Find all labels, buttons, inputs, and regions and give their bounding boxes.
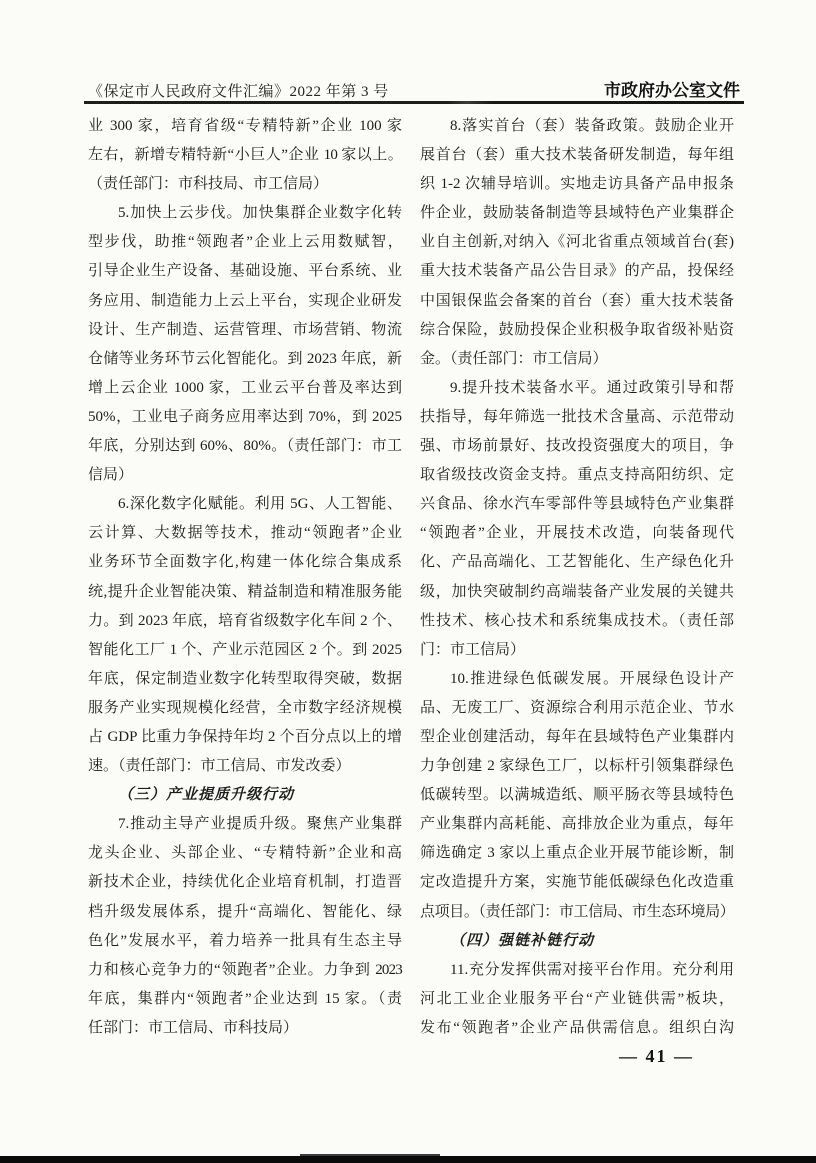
text-line: 占 GDP 比重力争保持年均 2 个百分点以上的增: [88, 723, 402, 752]
text-line: 8.落实首台（套）装备政策。鼓励企业开: [420, 112, 734, 141]
page-header: 《保定市人民政府文件汇编》2022 年第 3 号 市政府办公室文件: [88, 76, 740, 101]
text-line: 业 300 家，培育省级“专精特新”企业 100 家: [88, 112, 402, 141]
text-line: 信局）: [88, 461, 402, 490]
text-line: 任部门：市工信局、市科技局）: [88, 1014, 402, 1043]
text-line: 力和核心竞争力的“领跑者”企业。力争到 2023: [88, 956, 402, 985]
text-line: 级，加快突破制约高端装备产业发展的关键共: [420, 578, 734, 607]
text-line: 业务环节全面数字化,构建一体化综合集成系: [88, 548, 402, 577]
header-publication-title: 《保定市人民政府文件汇编》2022 年第 3 号: [88, 80, 389, 101]
text-line: 兴食品、徐水汽车零部件等县域特色产业集群: [420, 490, 734, 519]
text-line: 型步伐，助推“领跑者”企业上云用数赋智，: [88, 228, 402, 257]
section-heading-line: （三）产业提质升级行动: [88, 781, 402, 810]
text-line: 展首台（套）重大技术装备研发制造，每年组: [420, 141, 734, 170]
left-column: 业 300 家，培育省级“专精特新”企业 100 家左右，新增专精特新“小巨人”…: [88, 112, 402, 1043]
scan-artifact-bottom: [0, 1156, 816, 1163]
text-line: 增上云企业 1000 家，工业云平台普及率达到: [88, 374, 402, 403]
text-line: 年底，集群内“领跑者”企业达到 15 家。（责: [88, 985, 402, 1014]
text-line: 龙头企业、头部企业、“专精特新”企业和高: [88, 839, 402, 868]
text-line: 中国银保监会备案的首台（套）重大技术装备: [420, 287, 734, 316]
header-divider-rule: [84, 101, 744, 104]
text-line: 河北工业企业服务平台“产业链供需”板块，: [420, 985, 734, 1014]
text-line: 仓储等业务环节云化智能化。到 2023 年底，新: [88, 345, 402, 374]
text-line: 金。（责任部门：市工信局）: [420, 345, 734, 374]
text-line: 云计算、大数据等技术，推动“领跑者”企业: [88, 519, 402, 548]
text-line: 7.推动主导产业提质升级。聚焦产业集群: [88, 810, 402, 839]
text-line: 综合保险，鼓励投保企业积极争取省级补贴资: [420, 316, 734, 345]
text-line: 年底，保定制造业数字化转型取得突破，数据: [88, 665, 402, 694]
text-line: 化、产品高端化、工艺智能化、生产绿色化升: [420, 548, 734, 577]
document-page: 《保定市人民政府文件汇编》2022 年第 3 号 市政府办公室文件 业 300 …: [0, 0, 816, 1163]
text-line: 取省级技改资金支持。重点支持高阳纺织、定: [420, 461, 734, 490]
text-line: 型企业创建活动，每年在县域特色产业集群内: [420, 723, 734, 752]
text-line: 力。到 2023 年底，培育省级数字化车间 2 个、: [88, 607, 402, 636]
text-line: 色化”发展水平，着力培养一批具有生态主导: [88, 927, 402, 956]
text-line: 设计、生产制造、运营管理、市场营销、物流: [88, 316, 402, 345]
text-line: 智能化工厂 1 个、产业示范园区 2 个。到 2025: [88, 636, 402, 665]
text-line: 产业集群内高耗能、高排放企业为重点，每年: [420, 810, 734, 839]
text-line: 发布“领跑者”企业产品供需信息。组织白沟: [420, 1014, 734, 1043]
text-line: 低碳转型。以满城造纸、顺平肠衣等县域特色: [420, 781, 734, 810]
text-line: 新技术企业，持续优化企业培育机制，打造晋: [88, 868, 402, 897]
text-line: 50%，工业电子商务应用率达到 70%，到 2025: [88, 403, 402, 432]
text-line: 服务产业实现规模化经营，全市数字经济规模: [88, 694, 402, 723]
text-line: “领跑者”企业，开展技术改造，向装备现代: [420, 519, 734, 548]
text-line: 11.充分发挥供需对接平台作用。充分利用: [420, 956, 734, 985]
body-columns: 业 300 家，培育省级“专精特新”企业 100 家左右，新增专精特新“小巨人”…: [88, 112, 734, 1043]
text-line: 左右，新增专精特新“小巨人”企业 10 家以上。: [88, 141, 402, 170]
text-line: 品、无废工厂、资源综合利用示范企业、节水: [420, 694, 734, 723]
text-line: 点项目。（责任部门：市工信局、市生态环境局）: [420, 898, 734, 927]
text-line: （责任部门：市科技局、市工信局）: [88, 170, 402, 199]
text-line: 件企业，鼓励装备制造等县域特色产业集群企: [420, 199, 734, 228]
header-document-category: 市政府办公室文件: [604, 76, 740, 101]
text-line: 6.深化数字化赋能。利用 5G、人工智能、: [88, 490, 402, 519]
text-line: 5.加快上云步伐。加快集群企业数字化转: [88, 199, 402, 228]
text-line: 定改造提升方案，实施节能低碳绿色化改造重: [420, 868, 734, 897]
text-line: 力争创建 2 家绿色工厂，以标杆引领集群绿色: [420, 752, 734, 781]
page-number: — 41 —: [619, 1046, 694, 1067]
section-heading-line: （四）强链补链行动: [420, 927, 734, 956]
text-line: 强、市场前景好、技改投资强度大的项目，争: [420, 432, 734, 461]
text-line: 年底，分别达到 60%、80%。（责任部门：市工: [88, 432, 402, 461]
text-line: 统,提升企业智能决策、精益制造和精准服务能: [88, 578, 402, 607]
text-line: 性技术、核心技术和系统集成技术。（责任部: [420, 607, 734, 636]
text-line: 10.推进绿色低碳发展。开展绿色设计产: [420, 665, 734, 694]
text-line: 务应用、制造能力上云上平台，实现企业研发: [88, 287, 402, 316]
text-line: 档升级发展体系，提升“高端化、智能化、绿: [88, 898, 402, 927]
text-line: 筛选确定 3 家以上重点企业开展节能诊断，制: [420, 839, 734, 868]
text-line: 织 1-2 次辅导培训。实地走访具备产品申报条: [420, 170, 734, 199]
text-line: 扶指导，每年筛选一批技术含量高、示范带动: [420, 403, 734, 432]
text-line: 9.提升技术装备水平。通过政策引导和帮: [420, 374, 734, 403]
text-line: 引导企业生产设备、基础设施、平台系统、业: [88, 257, 402, 286]
text-line: 速。（责任部门：市工信局、市发改委）: [88, 752, 402, 781]
right-column: 8.落实首台（套）装备政策。鼓励企业开展首台（套）重大技术装备研发制造，每年组织…: [420, 112, 734, 1043]
text-line: 业自主创新,对纳入《河北省重点领域首台(套): [420, 228, 734, 257]
text-line: 重大技术装备产品公告目录》的产品，投保经: [420, 257, 734, 286]
text-line: 门：市工信局）: [420, 636, 734, 665]
